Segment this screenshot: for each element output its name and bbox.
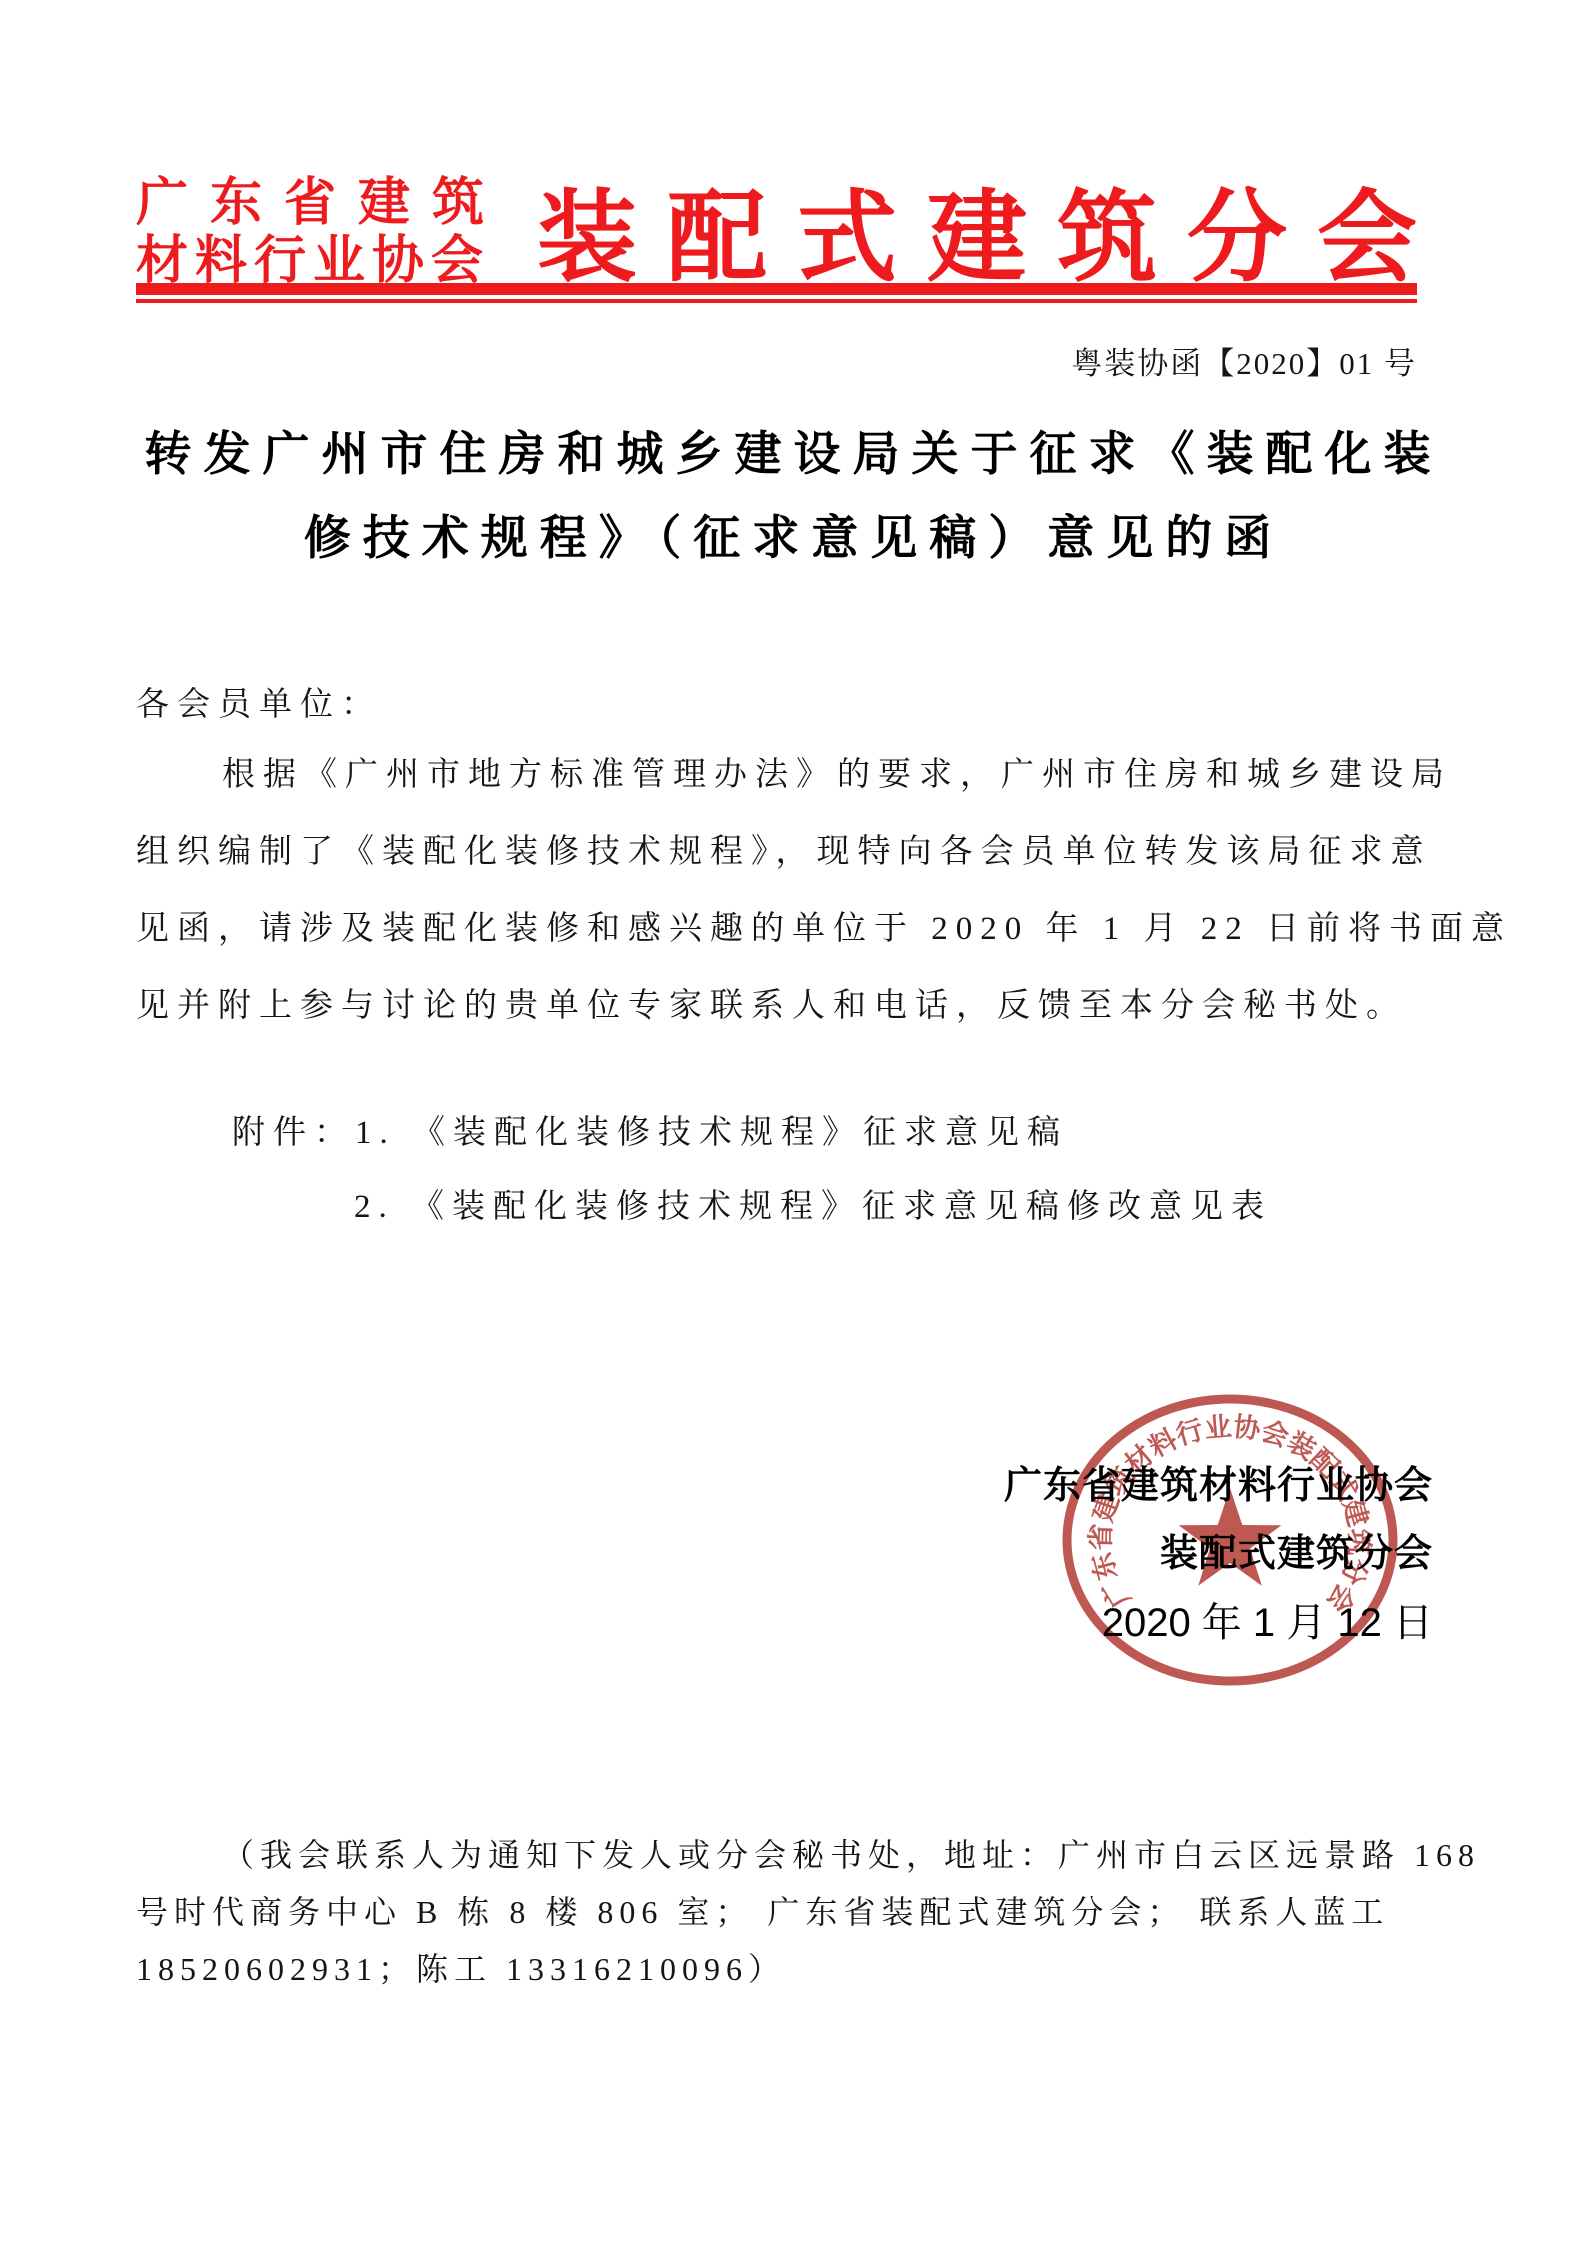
- document-title-line2: 修技术规程》（征求意见稿）意见的函: [0, 496, 1587, 580]
- association-name-line2: 材料行业协会: [136, 232, 495, 290]
- branch-name: 装配式建筑分会: [537, 186, 1447, 290]
- association-name-line1: 广东省建筑: [136, 174, 510, 232]
- document-title: 转发广州市住房和城乡建设局关于征求《装配化装 修技术规程》（征求意见稿）意见的函: [0, 412, 1587, 580]
- document-title-line1: 转发广州市住房和城乡建设局关于征求《装配化装: [0, 412, 1587, 496]
- association-name: 广东省建筑 材料行业协会: [136, 174, 488, 290]
- contact-line: （我会联系人为通知下发人或分会秘书处，地址：广州市白云区远景路 168: [136, 1827, 1466, 1884]
- signature-date: 2020 年 1 月 12 日: [136, 1588, 1433, 1658]
- contact-line: 号时代商务中心 B 栋 8 楼 806 室； 广东省装配式建筑分会； 联系人蓝工: [136, 1884, 1466, 1941]
- attachment-item-1: 附件：1. 《装配化装修技术规程》征求意见稿: [136, 1096, 1466, 1170]
- contact-note: （我会联系人为通知下发人或分会秘书处，地址：广州市白云区远景路 168 号时代商…: [136, 1827, 1466, 1998]
- attachments-list: 附件：1. 《装配化装修技术规程》征求意见稿 2. 《装配化装修技术规程》征求意…: [136, 1096, 1466, 1244]
- letterhead-rule-thick: [136, 283, 1417, 295]
- letterhead-rule-thin: [136, 299, 1417, 303]
- contact-line: 18520602931；陈工 13316210096）: [136, 1941, 1466, 1998]
- document-page: 广东省建筑 材料行业协会 装配式建筑分会 粤装协函【2020】01 号 转发广州…: [0, 0, 1587, 2245]
- document-number: 粤装协函【2020】01 号: [136, 338, 1417, 383]
- signature-org-line2: 装配式建筑分会: [136, 1520, 1433, 1588]
- salutation: 各会员单位：: [136, 683, 1452, 727]
- signature-org-line1: 广东省建筑材料行业协会: [136, 1452, 1433, 1520]
- body-line: 见函，请涉及装配化装修和感兴趣的单位于 2020 年 1 月 22 日前将书面意: [136, 891, 1466, 968]
- body-line: 见并附上参与讨论的贵单位专家联系人和电话，反馈至本分会秘书处。: [136, 968, 1466, 1045]
- attachment-item-2: 2. 《装配化装修技术规程》征求意见稿修改意见表: [136, 1170, 1466, 1244]
- signature-block: 广东省建筑材料行业协会 装配式建筑分会 2020 年 1 月 12 日: [136, 1452, 1433, 1658]
- body-line: 根据《广州市地方标准管理办法》的要求，广州市住房和城乡建设局: [136, 737, 1466, 814]
- letterhead: 广东省建筑 材料行业协会 装配式建筑分会: [136, 168, 1417, 290]
- body-line: 组织编制了《装配化装修技术规程》，现特向各会员单位转发该局征求意: [136, 814, 1466, 891]
- body-paragraph: 根据《广州市地方标准管理办法》的要求，广州市住房和城乡建设局 组织编制了《装配化…: [136, 737, 1466, 1045]
